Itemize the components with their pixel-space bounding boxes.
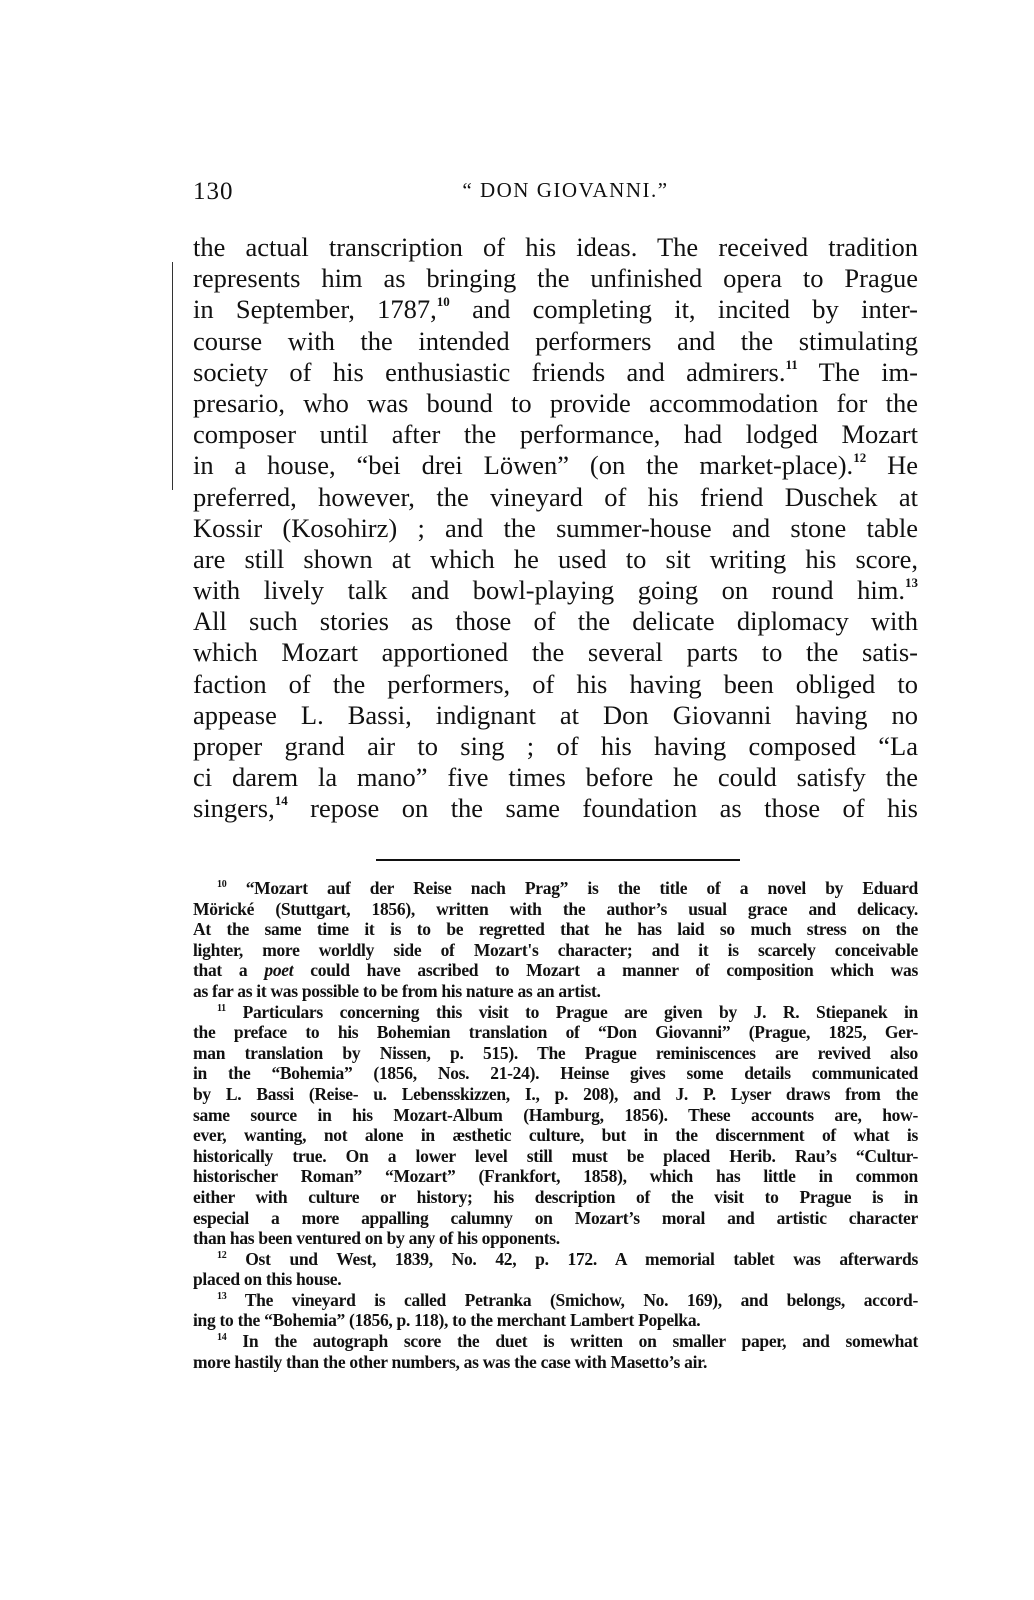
footnote-number: 14 [217, 1332, 226, 1343]
text-line: singers,14 repose on the same foundation… [193, 793, 918, 824]
text-line: course with the intended performers and … [193, 326, 918, 357]
footnote-ref-13[interactable]: 13 [905, 575, 918, 590]
text-line: appease L. Bassi, indignant at Don Giova… [193, 700, 918, 731]
footnote-separator [376, 859, 740, 861]
text-line: which Mozart apportioned the several par… [193, 637, 918, 668]
text-line: presario, who was bound to provide accom… [193, 388, 918, 419]
text-line: the actual transcription of his ideas. T… [193, 232, 918, 263]
text-line: ci darem la mano” five times before he c… [193, 762, 918, 793]
text-line: proper grand air to sing ; of his having… [193, 731, 918, 762]
text-line: All such stories as those of the delicat… [193, 606, 918, 637]
footnote-14: 14 In the autograph score the duet is wr… [193, 1331, 918, 1372]
main-text: the actual transcription of his ideas. T… [193, 232, 918, 825]
footnote-12: 12 Ost und West, 1839, No. 42, p. 172. A… [193, 1249, 918, 1290]
footnote-ref-14[interactable]: 14 [275, 793, 288, 808]
footnote-10: 10 “Mozart auf der Reise nach Prag” is t… [193, 878, 918, 1002]
text-line: in September, 1787,10 and completing it,… [193, 294, 918, 325]
book-page: 130 “ DON GIOVANNI.” the actual transcri… [0, 0, 1034, 1600]
footnote-ref-10[interactable]: 10 [437, 294, 450, 309]
text-line: in a house, “bei drei Löwen” (on the mar… [193, 450, 918, 481]
text-line: society of his enthusiastic friends and … [193, 357, 918, 388]
page-header: 130 “ DON GIOVANNI.” [193, 178, 918, 218]
footnotes: 10 “Mozart auf der Reise nach Prag” is t… [193, 878, 918, 1372]
footnote-ref-11[interactable]: 11 [785, 357, 797, 372]
text-line: Kossir (Kosohirz) ; and the summer-house… [193, 513, 918, 544]
footnote-ref-12[interactable]: 12 [853, 450, 866, 465]
footnote-number: 10 [217, 879, 226, 890]
text-line: faction of the performers, of his having… [193, 669, 918, 700]
footnote-13: 13 The vineyard is called Petranka (Smic… [193, 1290, 918, 1331]
text-line: with lively talk and bowl-playing going … [193, 575, 918, 606]
footnote-number: 11 [217, 1003, 226, 1014]
footnote-number: 12 [217, 1250, 226, 1261]
margin-pencil-mark [172, 262, 181, 490]
text-line: are still shown at which he used to sit … [193, 544, 918, 575]
text-line: composer until after the performance, ha… [193, 419, 918, 450]
footnote-11: 11 Particulars concerning this visit to … [193, 1002, 918, 1249]
text-line: represents him as bringing the unfinishe… [193, 263, 918, 294]
footnote-number: 13 [217, 1291, 226, 1302]
running-title: “ DON GIOVANNI.” [193, 178, 918, 203]
text-line: preferred, however, the vineyard of his … [193, 482, 918, 513]
